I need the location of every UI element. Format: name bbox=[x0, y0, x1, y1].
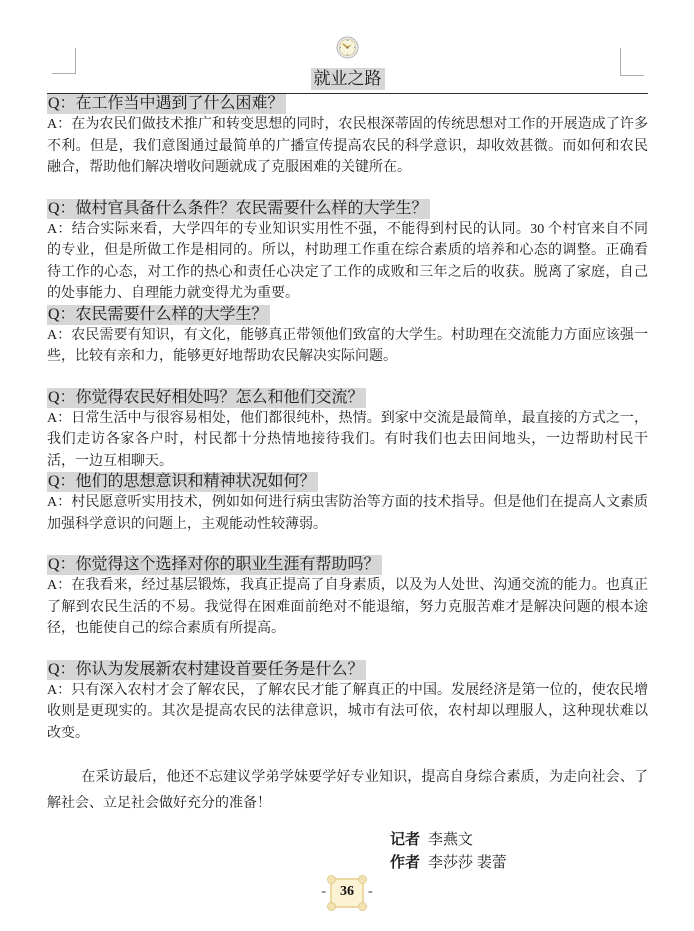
answer-paragraph: A：在为农民们做技术推广和转变思想的同时，农民根深蒂固的传统思想对工作的开展造成… bbox=[47, 114, 648, 179]
reporter-line: 记者李燕文 bbox=[390, 829, 648, 852]
question-text: Q：他们的思想意识和精神状况如何？ bbox=[47, 472, 318, 492]
document-page: 就业之路 Q：在工作当中遇到了什么困难？ A：在为农民们做技术推广和转变思想的同… bbox=[0, 0, 694, 931]
question-line: Q：你觉得农民好相处吗？怎么和他们交流？ bbox=[47, 388, 648, 407]
page-number-stamp: 36 bbox=[330, 878, 364, 908]
question-text: Q：在工作当中遇到了什么困难？ bbox=[47, 94, 286, 114]
page-number-value: 36 bbox=[340, 884, 354, 899]
question-line: Q：他们的思想意识和精神状况如何？ bbox=[47, 472, 648, 491]
question-text: Q：你觉得农民好相处吗？怎么和他们交流？ bbox=[47, 388, 366, 408]
reporter-label: 记者 bbox=[390, 832, 420, 848]
question-line: Q：在工作当中遇到了什么困难？ bbox=[47, 94, 648, 113]
qa-section: Q：在工作当中遇到了什么困难？ A：在为农民们做技术推广和转变思想的同时，农民根… bbox=[47, 94, 648, 179]
qa-section: Q：你认为发展新农村建设首要任务是什么？ A：只有深入农村才会了解农民，了解农民… bbox=[47, 660, 648, 745]
stamp-corner bbox=[358, 902, 367, 911]
stamp-corner bbox=[358, 875, 367, 884]
answer-paragraph: A：日常生活中与很容易相处，他们都很纯朴，热情。到家中交流是最简单，最直接的方式… bbox=[47, 408, 648, 473]
qa-section: Q：他们的思想意识和精神状况如何？ A：村民愿意听实用技术，例如如何进行病虫害防… bbox=[47, 472, 648, 535]
qa-section: Q：你觉得农民好相处吗？怎么和他们交流？ A：日常生活中与很容易相处，他们都很纯… bbox=[47, 388, 648, 473]
margin-crop-mark-left bbox=[52, 48, 76, 74]
byline-block: 记者李燕文 作者李莎莎 裴蕾 bbox=[390, 829, 648, 875]
page-number-suffix: - bbox=[368, 884, 373, 899]
answer-paragraph: A：结合实际来看，大学四年的专业知识实用性不强，不能得到村民的认同。30 个村官… bbox=[47, 219, 648, 305]
question-line: Q：你认为发展新农村建设首要任务是什么？ bbox=[47, 660, 648, 679]
author-line: 作者李莎莎 裴蕾 bbox=[390, 852, 648, 875]
question-line: Q：你觉得这个选择对你的职业生涯有帮助吗？ bbox=[47, 555, 648, 574]
answer-paragraph: A：在我看来，经过基层锻炼，我真正提高了自身素质，以及为人处世、沟通交流的能力。… bbox=[47, 575, 648, 640]
question-line: Q：农民需要什么样的大学生？ bbox=[47, 305, 648, 324]
qa-list: Q：在工作当中遇到了什么困难？ A：在为农民们做技术推广和转变思想的同时，农民根… bbox=[47, 94, 648, 744]
closing-paragraph: 在采访最后，他还不忘建议学弟学妹要学好专业知识，提高自身综合素质，为走向社会、了… bbox=[47, 765, 648, 817]
page-header: 就业之路 bbox=[47, 36, 648, 94]
stamp-corner bbox=[327, 902, 336, 911]
clock-icon bbox=[336, 36, 359, 60]
question-text: Q：你觉得这个选择对你的职业生涯有帮助吗？ bbox=[47, 555, 382, 575]
page-title: 就业之路 bbox=[311, 68, 385, 90]
qa-section: Q：做村官具备什么条件？农民需要什么样的大学生？ A：结合实际来看，大学四年的专… bbox=[47, 199, 648, 305]
question-text: Q：做村官具备什么条件？农民需要什么样的大学生？ bbox=[47, 199, 430, 219]
qa-section: Q：你觉得这个选择对你的职业生涯有帮助吗？ A：在我看来，经过基层锻炼，我真正提… bbox=[47, 555, 648, 640]
author-names: 李莎莎 裴蕾 bbox=[428, 855, 507, 871]
page-number-prefix: - bbox=[321, 884, 326, 899]
answer-paragraph: A：农民需要有知识，有文化，能够真正带领他们致富的大学生。村助理在交流能力方面应… bbox=[47, 325, 648, 368]
stamp-corner bbox=[327, 875, 336, 884]
margin-crop-mark-right bbox=[620, 48, 644, 76]
question-line: Q：做村官具备什么条件？农民需要什么样的大学生？ bbox=[47, 199, 648, 218]
author-label: 作者 bbox=[390, 855, 420, 871]
answer-paragraph: A：村民愿意听实用技术，例如如何进行病虫害防治等方面的技术指导。但是他们在提高人… bbox=[47, 492, 648, 535]
page-content: 就业之路 Q：在工作当中遇到了什么困难？ A：在为农民们做技术推广和转变思想的同… bbox=[0, 0, 694, 875]
question-text: Q：你认为发展新农村建设首要任务是什么？ bbox=[47, 660, 366, 680]
reporter-name: 李燕文 bbox=[428, 832, 473, 848]
qa-section: Q：农民需要什么样的大学生？ A：农民需要有知识，有文化，能够真正带领他们致富的… bbox=[47, 305, 648, 368]
answer-paragraph: A：只有深入农村才会了解农民，了解农民才能了解真正的中国。发展经济是第一位的，使… bbox=[47, 680, 648, 745]
page-number: -36- bbox=[0, 878, 694, 908]
question-text: Q：农民需要什么样的大学生？ bbox=[47, 305, 270, 325]
